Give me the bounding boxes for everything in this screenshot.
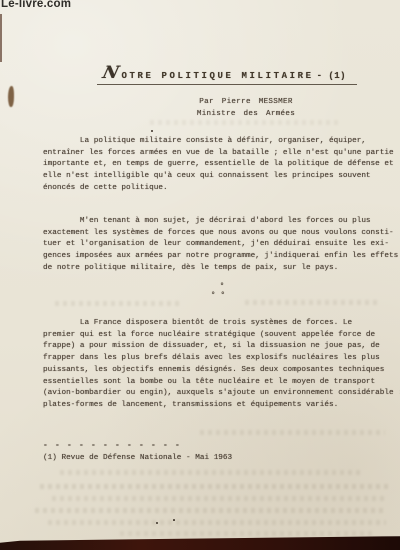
byline-author: Par Pierre MESSMER [170,97,322,109]
ghost-bleed-line [35,508,387,513]
ghost-bleed-line [60,470,360,475]
photo-edge-mark [0,14,2,62]
ghost-bleed-line [48,520,386,525]
footnote-text: (1) Revue de Défense Nationale - Mai 196… [43,454,232,462]
paragraph-2: M'en tenant à mon sujet, je décrirai d'a… [43,216,397,275]
ghost-bleed-line [52,496,387,501]
ghost-bleed-line [120,531,375,536]
ghost-bleed-line [245,300,380,305]
title-suffix: - (1) [317,71,347,81]
scanned-document-page: Le-livre.com NOTRE POLITIQUE MILITAIRE- … [0,0,400,550]
section-separator: ° ° ° [196,283,240,300]
stain-mark [8,86,14,107]
title-initial-letter: N [101,63,122,83]
separator-bottom-marks: ° ° [196,292,240,301]
ghost-bleed-line [200,430,385,435]
byline-role: Ministre des Armées [170,109,322,121]
ghost-bleed-line [150,120,340,125]
paragraph-3: La France disposera bientôt de trois sys… [43,318,397,412]
ink-speck [173,519,175,521]
title-underline [97,84,357,85]
watermark-text: Le-livre.com [1,0,71,10]
ink-speck [156,522,158,524]
ghost-bleed-line [40,484,390,489]
ink-speck [151,130,153,132]
title-text: OTRE POLITIQUE MILITAIRE [122,71,314,81]
footnote-divider: - - - - - - - - - - - - [43,441,181,450]
page-title: NOTRE POLITIQUE MILITAIRE- (1) [103,63,346,85]
byline: Par Pierre MESSMER Ministre des Armées [170,97,322,120]
paragraph-1: La politique militaire consiste à défini… [43,136,397,195]
photo-background-table-edge [0,535,400,550]
ghost-bleed-line [55,301,180,306]
